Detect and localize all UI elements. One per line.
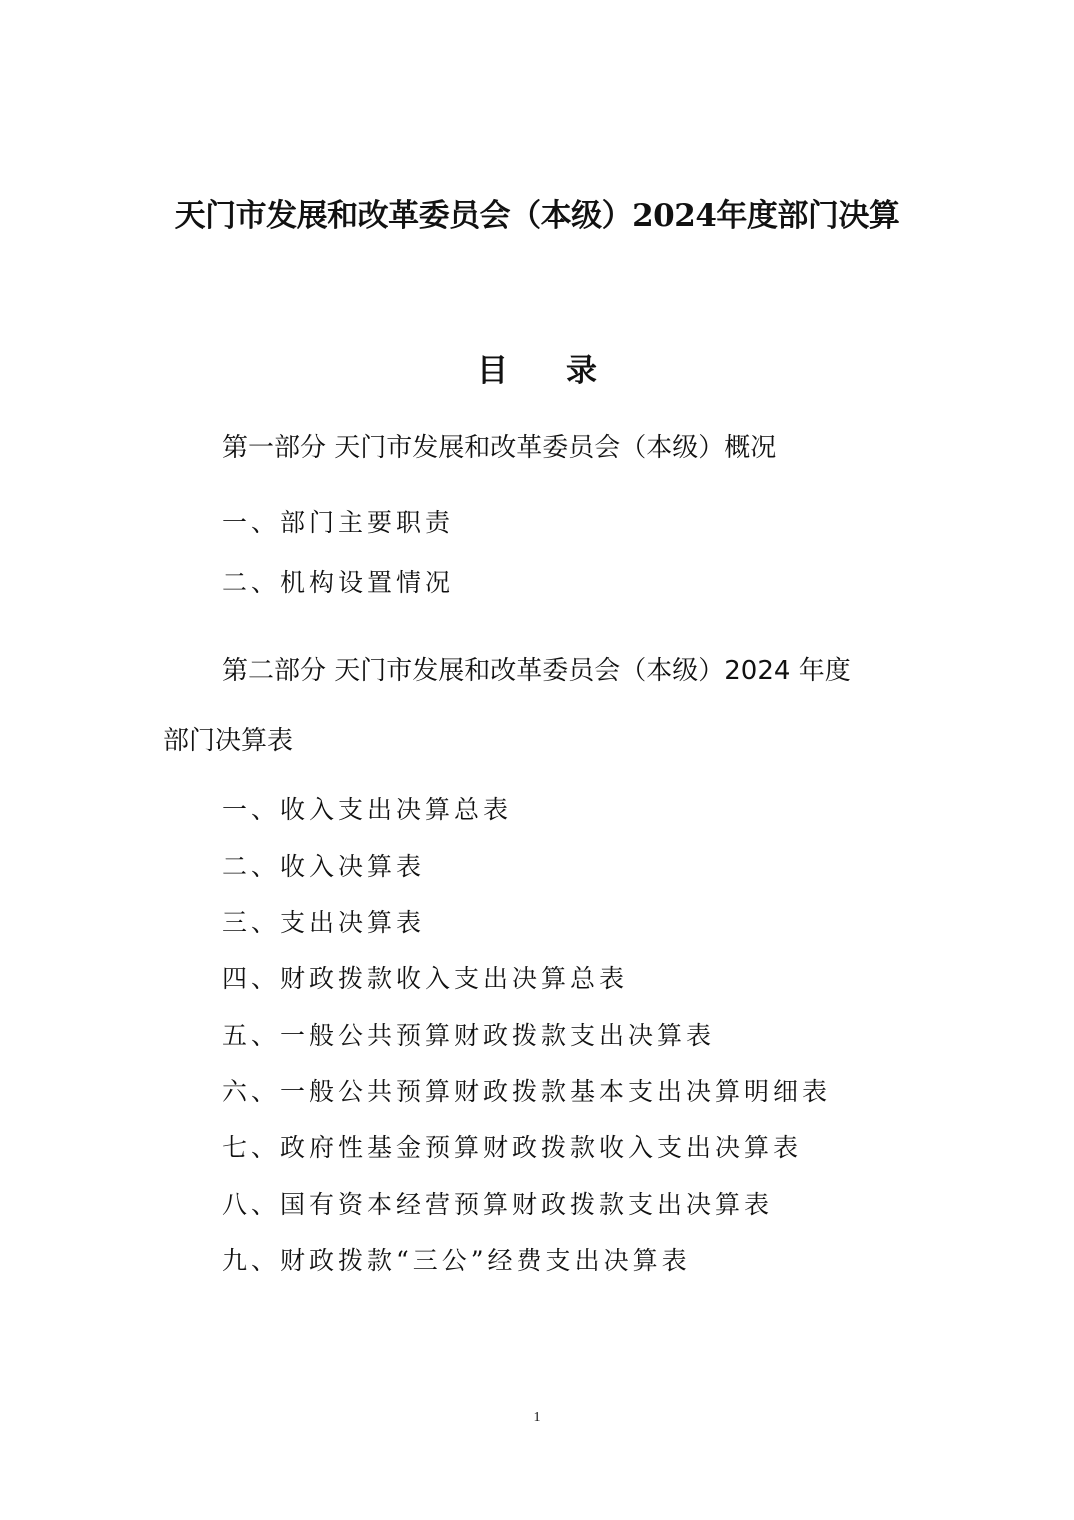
toc-item[interactable]: 五、一般公共预算财政拨款支出决算表: [222, 1016, 715, 1052]
toc-item[interactable]: 六、一般公共预算财政拨款基本支出决算明细表: [222, 1072, 831, 1108]
toc-part-2-title-line2: 部门决算表: [163, 706, 922, 776]
page-number: 1: [0, 1410, 1074, 1426]
toc-part-2-title[interactable]: 第二部分 天门市发展和改革委员会（本级）2024 年度 部门决算表: [222, 636, 922, 776]
toc-item[interactable]: 四、财政拨款收入支出决算总表: [222, 959, 628, 995]
toc-item[interactable]: 一、收入支出决算总表: [222, 790, 512, 826]
toc-item[interactable]: 九、财政拨款“三公”经费支出决算表: [222, 1241, 691, 1277]
toc-part-1-title[interactable]: 第一部分 天门市发展和改革委员会（本级）概况: [222, 413, 776, 483]
toc-part-2-title-line1: 第二部分 天门市发展和改革委员会（本级）2024 年度: [222, 656, 851, 686]
toc-item[interactable]: 八、国有资本经营预算财政拨款支出决算表: [222, 1185, 773, 1221]
toc-heading: 目录: [0, 345, 1074, 390]
toc-heading-char-1: 目: [477, 345, 508, 390]
toc-item[interactable]: 三、支出决算表: [222, 903, 425, 939]
toc-item[interactable]: 七、政府性基金预算财政拨款收入支出决算表: [222, 1128, 802, 1164]
document-title: 天门市发展和改革委员会（本级）2024年度部门决算: [0, 190, 1074, 235]
toc-item[interactable]: 一、部门主要职责: [222, 503, 454, 539]
toc-item[interactable]: 二、收入决算表: [222, 847, 425, 883]
toc-item[interactable]: 二、机构设置情况: [222, 563, 454, 599]
toc-heading-char-2: 录: [566, 345, 597, 390]
